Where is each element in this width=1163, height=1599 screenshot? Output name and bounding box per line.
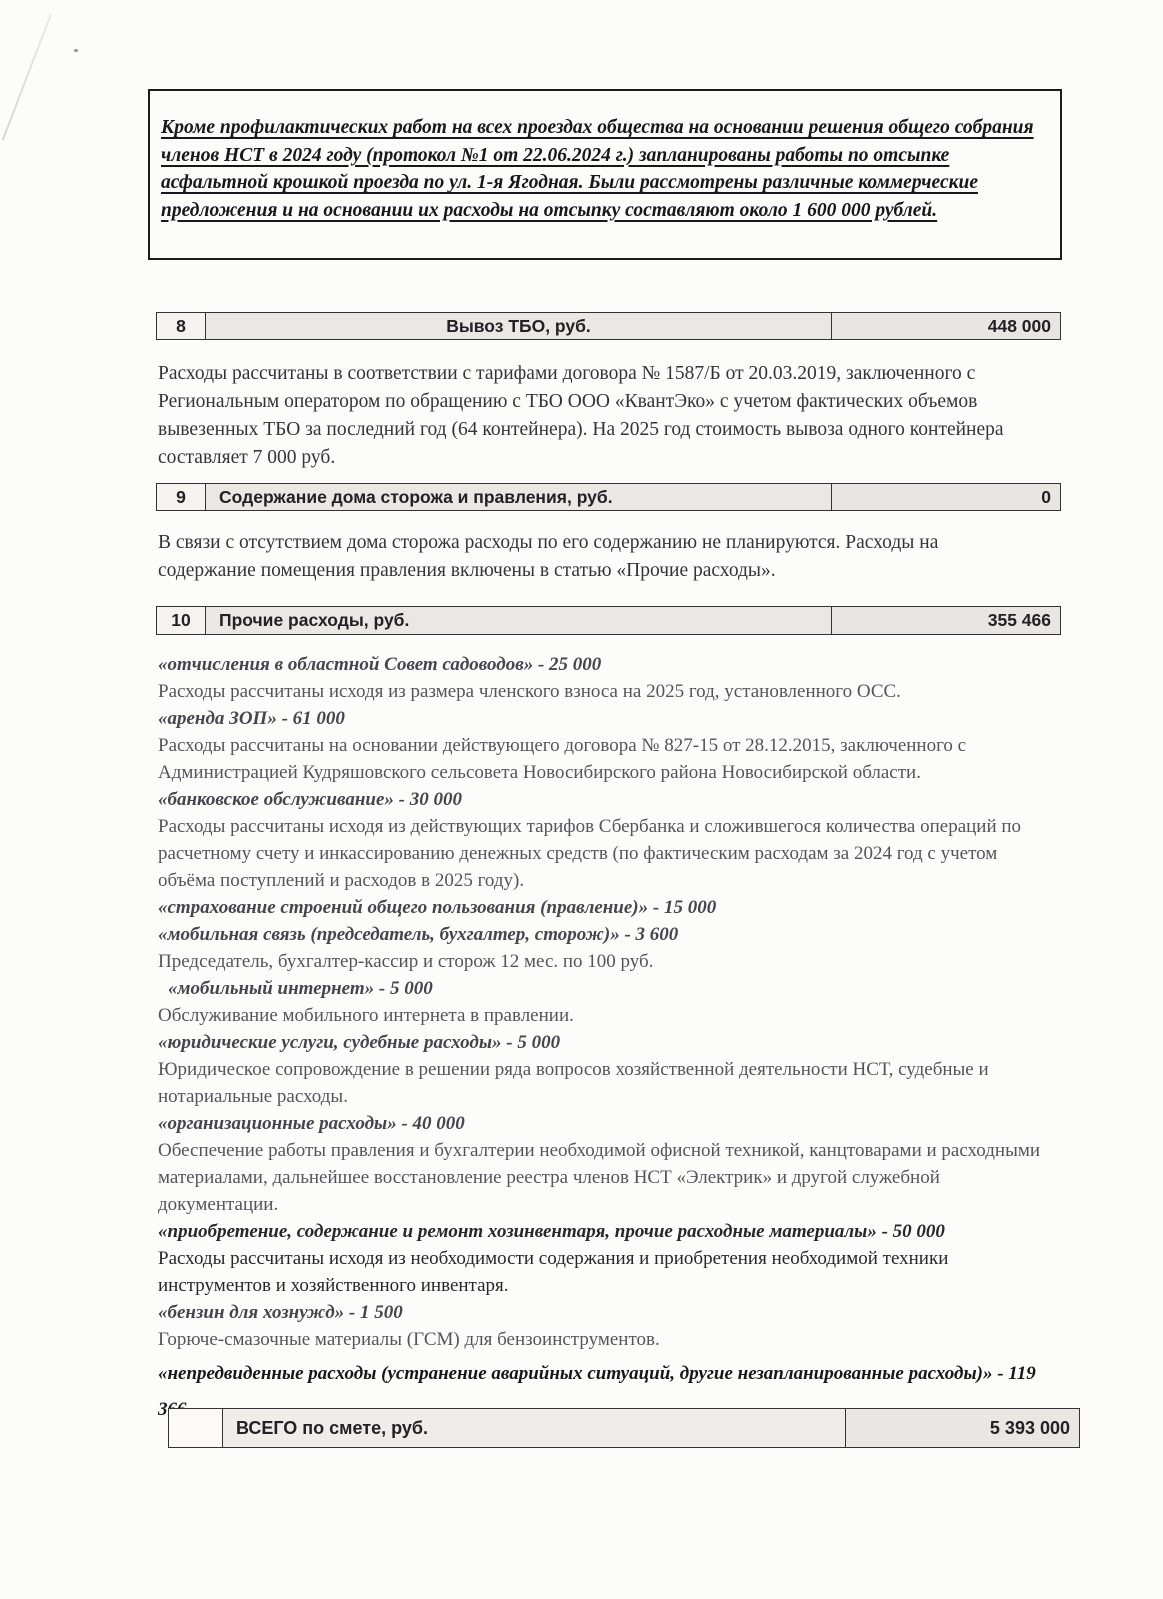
row-number-cell: 9 (156, 483, 205, 511)
expense-item-desc: Обеспечение работы правления и бухгалтер… (158, 1137, 1044, 1218)
expense-item-desc: Горюче-смазочные материалы (ГСМ) для бен… (158, 1326, 1044, 1353)
expense-item-label: «страхование строений общего пользования… (158, 894, 1044, 921)
row-number-cell: 8 (156, 312, 205, 340)
expense-item-desc: Расходы рассчитаны на основании действую… (158, 732, 1044, 786)
expense-item-label: «бензин для хознужд» - 1 500 (158, 1299, 1044, 1326)
expense-item-desc: Обслуживание мобильного интернета в прав… (158, 1002, 1044, 1029)
row-number-cell: 10 (156, 606, 205, 635)
expense-item-label: «аренда ЗОП» - 61 000 (158, 705, 1044, 732)
expense-item-label: «приобретение, содержание и ремонт хозин… (158, 1218, 1044, 1245)
expense-item-label: «мобильная связь (председатель, бухгалте… (158, 921, 1044, 948)
expense-item-label: «организационные расходы» - 40 000 (158, 1110, 1044, 1137)
resolution-note-box: Кроме профилактических работ на всех про… (148, 89, 1062, 260)
row-value-cell: 0 (831, 483, 1061, 511)
scanned-budget-document-page: Кроме профилактических работ на всех про… (0, 0, 1163, 1599)
row-value-cell: 5 393 000 (845, 1408, 1080, 1448)
expense-item-label: «мобильный интернет» - 5 000 (158, 975, 1044, 1002)
expense-item-desc: Председатель, бухгалтер-кассир и сторож … (158, 948, 1044, 975)
budget-row-8: 8 Вывоз ТБО, руб. 448 000 (156, 312, 1061, 340)
row-label-cell: Вывоз ТБО, руб. (205, 312, 831, 340)
budget-row-10: 10 Прочие расходы, руб. 355 466 (156, 606, 1061, 635)
expense-item-desc: Расходы рассчитаны исходя из действующих… (158, 813, 1044, 894)
budget-row-9: 9 Содержание дома сторожа и правления, р… (156, 483, 1061, 511)
scan-artifact-line (2, 14, 52, 141)
note-paragraph-guard-house: В связи с отсутствием дома сторожа расхо… (158, 529, 1032, 585)
expense-item-label: «юридические услуги, судебные расходы» -… (158, 1029, 1044, 1056)
expense-item-desc: Расходы рассчитаны исходя из необходимос… (158, 1245, 1044, 1299)
expense-item-label: «отчисления в областной Совет садоводов»… (158, 651, 1044, 678)
budget-total-row: ВСЕГО по смете, руб. 5 393 000 (168, 1408, 1080, 1448)
expense-item-desc: Юридическое сопровождение в решении ряда… (158, 1056, 1044, 1110)
expense-item-desc: Расходы рассчитаны исходя из размера чле… (158, 678, 1044, 705)
note-paragraph-tbo: Расходы рассчитаны в соответствии с тари… (158, 360, 1032, 472)
expense-item-label: «банковское обслуживание» - 30 000 (158, 786, 1044, 813)
resolution-note-text: Кроме профилактических работ на всех про… (161, 114, 1048, 224)
scan-artifact-dot (74, 49, 78, 52)
row-label-cell: Содержание дома сторожа и правления, руб… (205, 483, 831, 511)
row-label-cell: ВСЕГО по смете, руб. (222, 1408, 845, 1448)
row-label-cell: Прочие расходы, руб. (205, 606, 831, 635)
row-number-cell (168, 1408, 222, 1448)
row-value-cell: 448 000 (831, 312, 1061, 340)
expense-breakdown-list: «отчисления в областной Совет садоводов»… (158, 651, 1044, 1428)
row-value-cell: 355 466 (831, 606, 1061, 635)
